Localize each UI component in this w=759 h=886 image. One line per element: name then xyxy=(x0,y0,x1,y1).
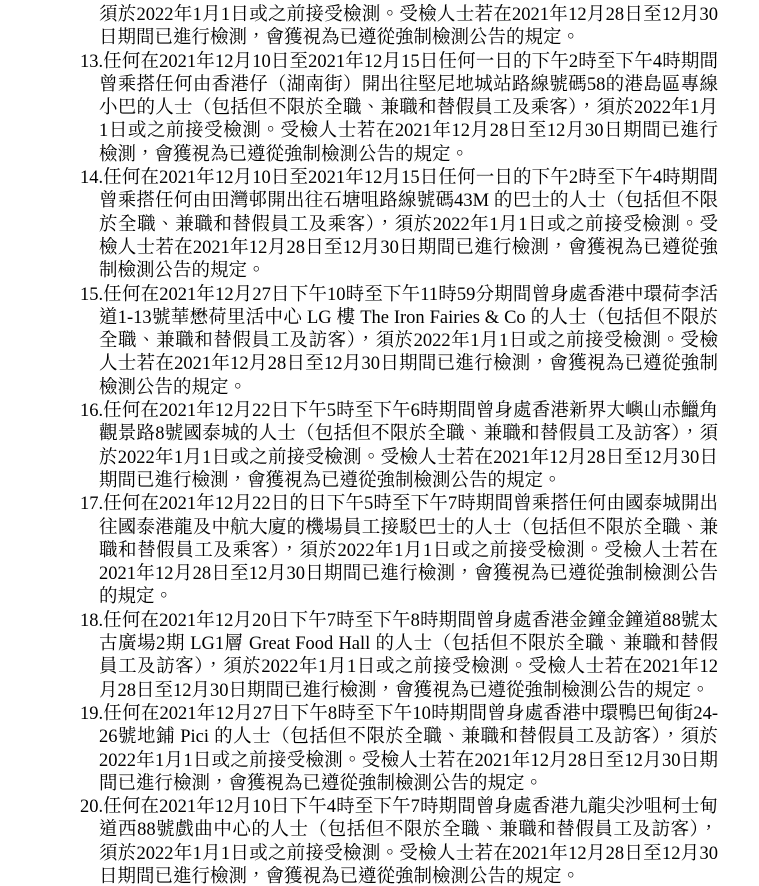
list-item-13: 13.任何在2021年12月10日至2021年12月15日任何一日的下午2時至下… xyxy=(80,51,718,167)
item-text: 任何在2021年12月20日下午7時至下午8時期間曾身處香港金鐘金鐘道88號太古… xyxy=(99,611,718,701)
list-item-20: 20.任何在2021年12月10日下午4時至下午7時期間曾身處香港九龍尖沙咀柯士… xyxy=(80,796,718,886)
item-text: 任何在2021年12月22日的日下午5時至下午7時期間曾乘搭任何由國泰城開出往國… xyxy=(99,494,718,607)
item-number: 14. xyxy=(80,168,103,188)
item-text: 任何在2021年12月10日至2021年12月15日任何一日的下午2時至下午4時… xyxy=(99,168,718,281)
item-number: 13. xyxy=(80,52,103,72)
item-number: 18. xyxy=(80,611,103,631)
item-number: 19. xyxy=(80,704,103,724)
item-number: 15. xyxy=(80,285,103,305)
paragraph-continuation: 須於2022年1月1日或之前接受檢測。受檢人士若在2021年12月28日至12月… xyxy=(80,4,718,51)
item-number: 20. xyxy=(80,797,103,817)
document-page: 須於2022年1月1日或之前接受檢測。受檢人士若在2021年12月28日至12月… xyxy=(0,0,759,886)
item-text: 任何在2021年12月22日下午5時至下午6時期間曾身處香港新界大嶼山赤鱲角觀景… xyxy=(99,401,718,491)
list-item-15: 15.任何在2021年12月27日下午10時至下午11時59分期間曾身處香港中環… xyxy=(80,284,718,400)
list-item-18: 18.任何在2021年12月20日下午7時至下午8時期間曾身處香港金鐘金鐘道88… xyxy=(80,610,718,703)
item-number: 16. xyxy=(80,401,103,421)
item-text: 任何在2021年12月27日下午8時至下午10時期間曾身處香港中環鴨巴甸街24-… xyxy=(99,704,718,794)
document-content: 須於2022年1月1日或之前接受檢測。受檢人士若在2021年12月28日至12月… xyxy=(80,4,718,886)
item-text: 任何在2021年12月10日下午4時至下午7時期間曾身處香港九龍尖沙咀柯士甸道西… xyxy=(99,797,718,886)
item-text: 任何在2021年12月27日下午10時至下午11時59分期間曾身處香港中環荷李活… xyxy=(99,285,718,398)
list-item-19: 19.任何在2021年12月27日下午8時至下午10時期間曾身處香港中環鴨巴甸街… xyxy=(80,703,718,796)
item-text: 任何在2021年12月10日至2021年12月15日任何一日的下午2時至下午4時… xyxy=(99,52,718,165)
list-item-14: 14.任何在2021年12月10日至2021年12月15日任何一日的下午2時至下… xyxy=(80,167,718,283)
list-item-16: 16.任何在2021年12月22日下午5時至下午6時期間曾身處香港新界大嶼山赤鱲… xyxy=(80,400,718,493)
list-item-17: 17.任何在2021年12月22日的日下午5時至下午7時期間曾乘搭任何由國泰城開… xyxy=(80,493,718,609)
item-number: 17. xyxy=(80,494,103,514)
